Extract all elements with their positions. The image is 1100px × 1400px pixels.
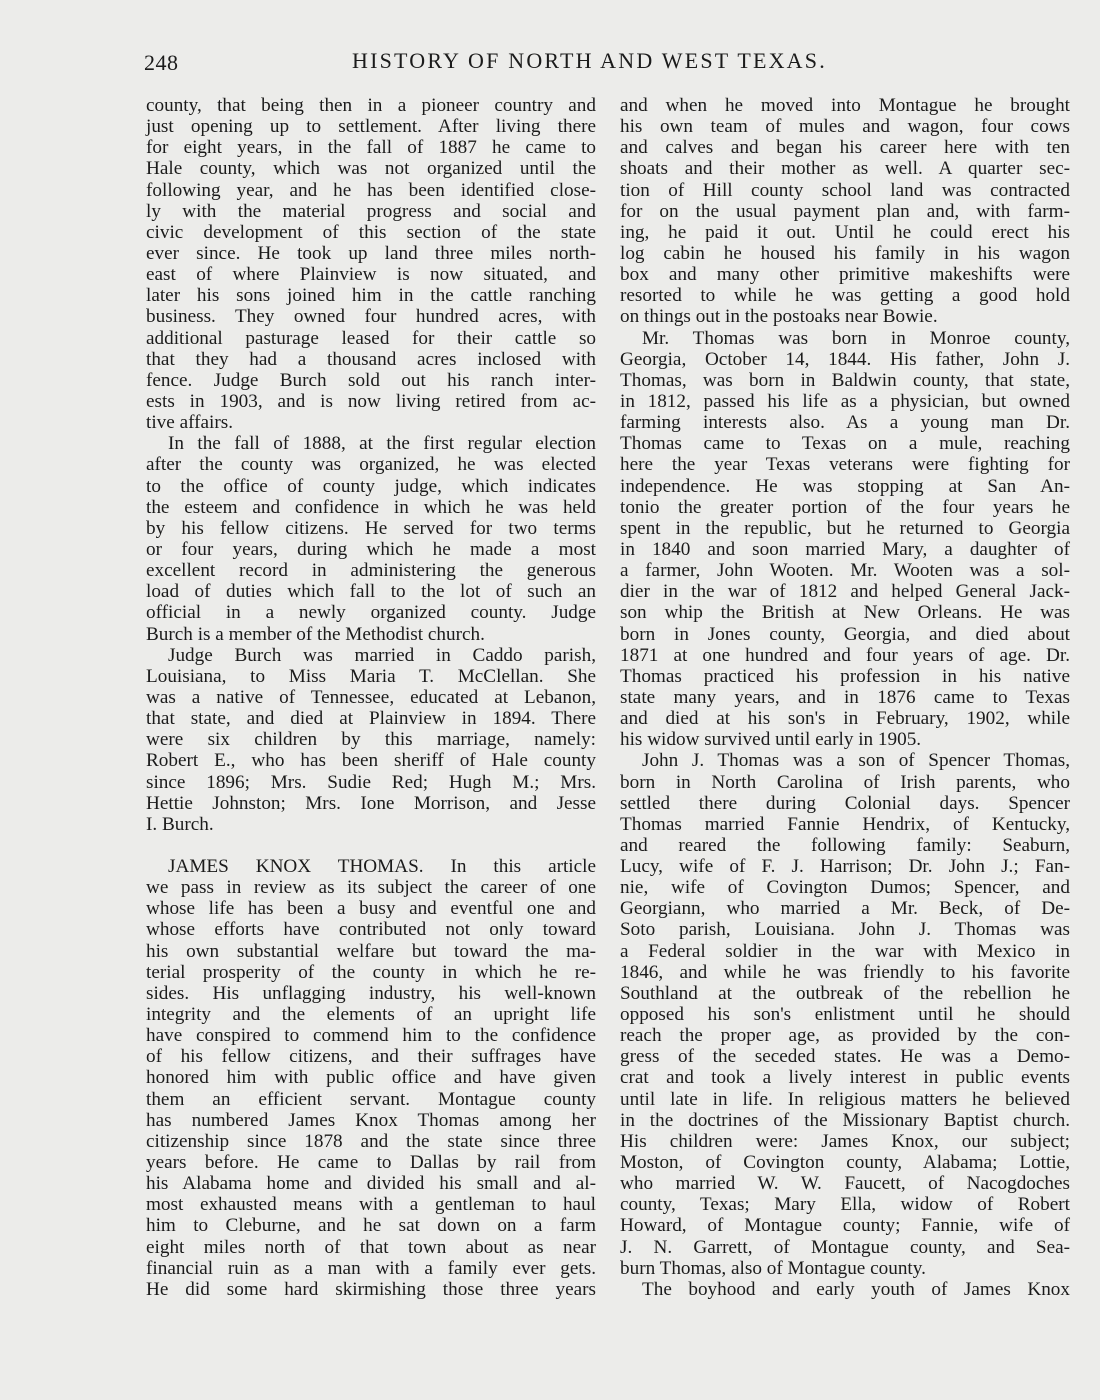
text-line: Thomas married Fannie Hendrix, of Kentuc… [620, 814, 1070, 835]
text-line: Burch is a member of the Methodist churc… [146, 624, 596, 645]
section-gap [146, 835, 596, 856]
paragraph-burch-ranch: county, that being then in a pioneer cou… [146, 95, 596, 433]
text-line: JAMES KNOX THOMAS. In this article [146, 856, 596, 877]
paragraph-montague-arrival: and when he moved into Montague he broug… [620, 95, 1070, 328]
text-line: Moston, of Covington county, Alabama; Lo… [620, 1152, 1070, 1173]
left-column: county, that being then in a pioneer cou… [146, 95, 596, 1300]
text-line: that state, and died at Plainview in 189… [146, 708, 596, 729]
text-line: the esteem and confidence in which he wa… [146, 497, 596, 518]
text-line: county, Texas; Mary Ella, widow of Rober… [620, 1194, 1070, 1215]
text-line: whose efforts have contributed not only … [146, 919, 596, 940]
text-line: integrity and the elements of an upright… [146, 1004, 596, 1025]
text-line: later his sons joined him in the cattle … [146, 285, 596, 306]
text-line: gress of the seceded states. He was a De… [620, 1046, 1070, 1067]
text-line: Howard, of Montague county; Fannie, wife… [620, 1215, 1070, 1236]
text-line: farming interests also. As a young man D… [620, 412, 1070, 433]
text-line: in the doctrines of the Missionary Bapti… [620, 1110, 1070, 1131]
text-line: eight miles north of that town about as … [146, 1237, 596, 1258]
text-line: civic development of this section of the… [146, 222, 596, 243]
text-line: fence. Judge Burch sold out his ranch in… [146, 370, 596, 391]
text-line: ing, he paid it out. Until he could erec… [620, 222, 1070, 243]
text-line: ever since. He took up land three miles … [146, 243, 596, 264]
text-line: Robert E., who has been sheriff of Hale … [146, 750, 596, 771]
text-line: Georgiann, who married a Mr. Beck, of De… [620, 898, 1070, 919]
text-line: his Alabama home and divided his small a… [146, 1173, 596, 1194]
text-line: Thomas, was born in Baldwin county, that… [620, 370, 1070, 391]
text-line: county, that being then in a pioneer cou… [146, 95, 596, 116]
text-line: a Federal soldier in the war with Mexico… [620, 941, 1070, 962]
text-line: tonio the greater portion of the four ye… [620, 497, 1070, 518]
text-line: has numbered James Knox Thomas among her [146, 1110, 596, 1131]
text-line: born in North Carolina of Irish parents,… [620, 772, 1070, 793]
text-line: his own substantial welfare but toward t… [146, 941, 596, 962]
text-line: for on the usual payment plan and, with … [620, 201, 1070, 222]
text-line: tion of Hill county school land was cont… [620, 180, 1070, 201]
text-line: settled there during Colonial days. Spen… [620, 793, 1070, 814]
text-line: were six children by this marriage, name… [146, 729, 596, 750]
text-line: his own team of mules and wagon, four co… [620, 116, 1070, 137]
text-line: ests in 1903, and is now living retired … [146, 391, 596, 412]
text-line: most exhausted means with a gentleman to… [146, 1194, 596, 1215]
text-line: to the office of county judge, which ind… [146, 476, 596, 497]
text-line: 1846, and while he was friendly to his f… [620, 962, 1070, 983]
text-line: of his fellow citizens, and their suffra… [146, 1046, 596, 1067]
text-line: official in a newly organized county. Ju… [146, 602, 596, 623]
text-line: them an efficient servant. Montague coun… [146, 1089, 596, 1110]
text-line: J. N. Garrett, of Montague county, and S… [620, 1237, 1070, 1258]
text-line: and calves and began his career here wit… [620, 137, 1070, 158]
text-line: and when he moved into Montague he broug… [620, 95, 1070, 116]
text-line: honored him with public office and have … [146, 1067, 596, 1088]
text-line: independence. He was stopping at San An- [620, 476, 1070, 497]
text-line: load of duties which fall to the lot of … [146, 581, 596, 602]
text-line: him to Cleburne, and he sat down on a fa… [146, 1215, 596, 1236]
text-line: was a native of Tennessee, educated at L… [146, 687, 596, 708]
text-line: citizenship since 1878 and the state sin… [146, 1131, 596, 1152]
text-line: reach the proper age, as provided by the… [620, 1025, 1070, 1046]
text-line: Hale county, which was not organized unt… [146, 158, 596, 179]
text-line: following year, and he has been identifi… [146, 180, 596, 201]
text-line: tive affairs. [146, 412, 596, 433]
text-line: excellent record in administering the ge… [146, 560, 596, 581]
paragraph-boyhood: The boyhood and early youth of James Kno… [620, 1279, 1070, 1300]
text-line: shoats and their mother as well. A quart… [620, 158, 1070, 179]
text-line: we pass in review as its subject the car… [146, 877, 596, 898]
text-line: He did some hard skirmishing those three… [146, 1279, 596, 1300]
text-line: his widow survived until early in 1905. [620, 729, 1070, 750]
page-number: 248 [144, 50, 179, 76]
text-line: in 1840 and soon married Mary, a daughte… [620, 539, 1070, 560]
text-line: Thomas came to Texas on a mule, reaching [620, 433, 1070, 454]
text-line: burn Thomas, also of Montague county. [620, 1258, 1070, 1279]
paragraph-james-knox-thomas-intro: JAMES KNOX THOMAS. In this articlewe pas… [146, 856, 596, 1300]
paragraph-burch-judge: In the fall of 1888, at the first regula… [146, 433, 596, 644]
text-line: Hettie Johnston; Mrs. Ione Morrison, and… [146, 793, 596, 814]
text-line: In the fall of 1888, at the first regula… [146, 433, 596, 454]
text-line: years before. He came to Dallas by rail … [146, 1152, 596, 1173]
text-line: terial prosperity of the county in which… [146, 962, 596, 983]
text-line: on things out in the postoaks near Bowie… [620, 306, 1070, 327]
text-line: Soto parish, Louisiana. John J. Thomas w… [620, 919, 1070, 940]
text-line: I. Burch. [146, 814, 596, 835]
paragraph-thomas-parentage: Mr. Thomas was born in Monroe county,Geo… [620, 328, 1070, 751]
text-line: for eight years, in the fall of 1887 he … [146, 137, 596, 158]
text-line: until late in life. In religious matters… [620, 1089, 1070, 1110]
text-line: east of where Plainview is now situated,… [146, 264, 596, 285]
text-line: and died at his son's in February, 1902,… [620, 708, 1070, 729]
text-line: after the county was organized, he was e… [146, 454, 596, 475]
text-line: spent in the republic, but he returned t… [620, 518, 1070, 539]
text-line: sides. His unflagging industry, his well… [146, 983, 596, 1004]
text-line: business. They owned four hundred acres,… [146, 306, 596, 327]
text-line: Georgia, October 14, 1844. His father, J… [620, 349, 1070, 370]
text-line: Lucy, wife of F. J. Harrison; Dr. John J… [620, 856, 1070, 877]
text-line: a farmer, John Wooten. Mr. Wooten was a … [620, 560, 1070, 581]
text-line: Judge Burch was married in Caddo parish, [146, 645, 596, 666]
text-line: dier in the war of 1812 and helped Gener… [620, 581, 1070, 602]
running-head: HISTORY OF NORTH AND WEST TEXAS. [352, 48, 827, 74]
text-line: resorted to while he was getting a good … [620, 285, 1070, 306]
text-line: 1871 at one hundred and four years of ag… [620, 645, 1070, 666]
text-line: born in Jones county, Georgia, and died … [620, 624, 1070, 645]
text-line: John J. Thomas was a son of Spencer Thom… [620, 750, 1070, 771]
right-column: and when he moved into Montague he broug… [620, 95, 1070, 1300]
text-line: that they had a thousand acres inclosed … [146, 349, 596, 370]
text-line: just opening up to settlement. After liv… [146, 116, 596, 137]
text-line: His children were: James Knox, our subje… [620, 1131, 1070, 1152]
text-line: The boyhood and early youth of James Kno… [620, 1279, 1070, 1300]
text-line: have conspired to commend him to the con… [146, 1025, 596, 1046]
text-line: state many years, and in 1876 came to Te… [620, 687, 1070, 708]
text-line: Southland at the outbreak of the rebelli… [620, 983, 1070, 1004]
text-line: or four years, during which he made a mo… [146, 539, 596, 560]
text-line: financial ruin as a man with a family ev… [146, 1258, 596, 1279]
paragraph-spencer-thomas-family: John J. Thomas was a son of Spencer Thom… [620, 750, 1070, 1279]
text-line: who married W. W. Faucett, of Nacogdoche… [620, 1173, 1070, 1194]
paragraph-burch-marriage: Judge Burch was married in Caddo parish,… [146, 645, 596, 835]
text-line: Mr. Thomas was born in Monroe county, [620, 328, 1070, 349]
text-line: opposed his son's enlistment until he sh… [620, 1004, 1070, 1025]
text-line: in 1812, passed his life as a physician,… [620, 391, 1070, 412]
text-line: whose life has been a busy and eventful … [146, 898, 596, 919]
text-line: log cabin he housed his family in his wa… [620, 243, 1070, 264]
text-line: additional pasturage leased for their ca… [146, 328, 596, 349]
text-line: by his fellow citizens. He served for tw… [146, 518, 596, 539]
text-line: and reared the following family: Seaburn… [620, 835, 1070, 856]
text-line: Thomas practiced his profession in his n… [620, 666, 1070, 687]
text-line: box and many other primitive makeshifts … [620, 264, 1070, 285]
text-line: son whip the British at New Orleans. He … [620, 602, 1070, 623]
text-line: since 1896; Mrs. Sudie Red; Hugh M.; Mrs… [146, 772, 596, 793]
text-line: ly with the material progress and social… [146, 201, 596, 222]
text-line: here the year Texas veterans were fighti… [620, 454, 1070, 475]
text-line: nie, wife of Covington Dumos; Spencer, a… [620, 877, 1070, 898]
text-line: crat and took a lively interest in publi… [620, 1067, 1070, 1088]
text-line: Louisiana, to Miss Maria T. McClellan. S… [146, 666, 596, 687]
